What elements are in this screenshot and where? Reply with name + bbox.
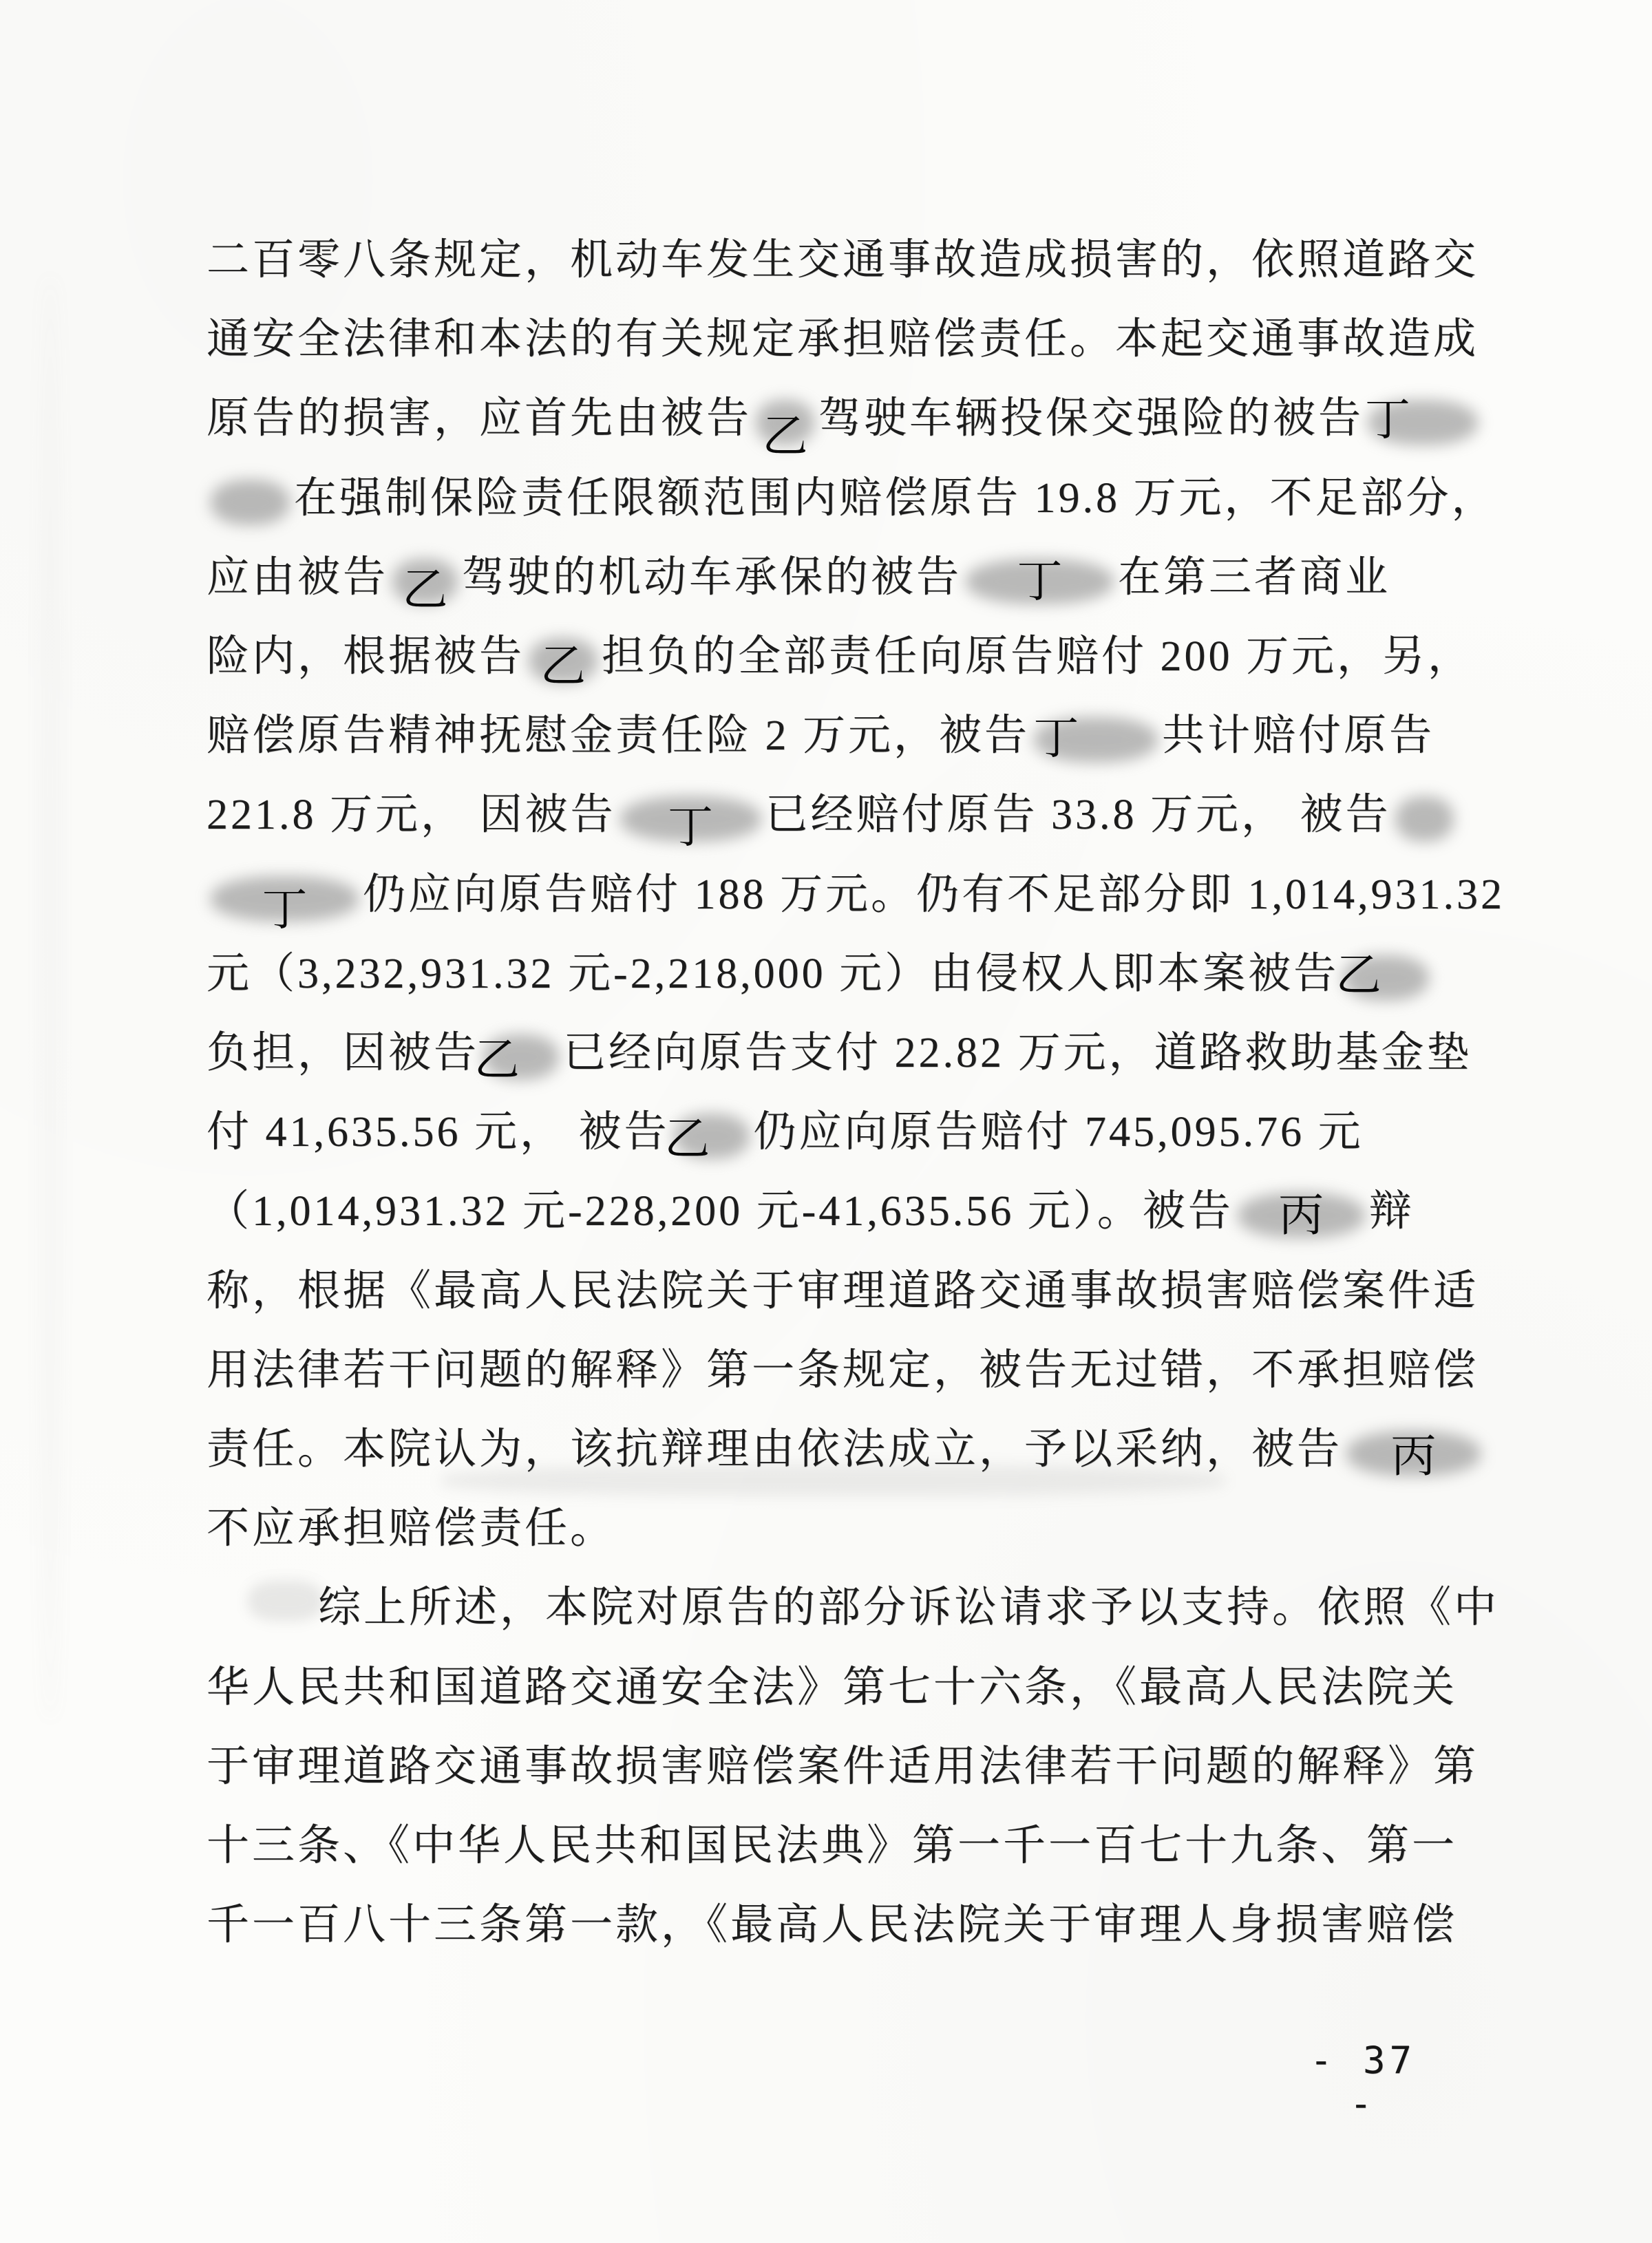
text-run: 元（3,232,931.32 元-2,218,000 元）由侵权人即本案被告 [206, 948, 1339, 999]
document-line: 付 41,635.56 元， 被告乙仍应向原告赔付 745,095.76 元 [206, 1107, 1364, 1160]
anonymized-party-label: 丁 [1017, 559, 1063, 604]
redaction-smudge: 丙 [1346, 1431, 1481, 1476]
text-run: 二百零八条规定，机动车发生交通事故造成损害的，依照道路交 [206, 235, 1479, 286]
text-run: 在第三者商业 [1118, 552, 1390, 603]
redaction-smudge: 丁 [1034, 717, 1158, 763]
text-run: 在强制保险责任限额范围内赔偿原告 19.8 万元，不足部分， [294, 473, 1497, 524]
scanned-judgment-page: 二百零八条规定，机动车发生交通事故造成损害的，依照道路交通安全法律和本法的有关规… [0, 0, 1652, 2243]
scan-smudge [248, 1580, 324, 1622]
redaction-blur [1395, 796, 1454, 842]
document-line: 二百零八条规定，机动车发生交通事故造成损害的，依照道路交 [206, 235, 1479, 288]
document-line: 责任。本院认为，该抗辩理由依法成立，予以采纳，被告丙 [206, 1424, 1485, 1478]
document-line: 221.8 万元， 因被告丁已经赔付原告 33.8 万元， 被告 [206, 789, 1458, 843]
document-line: 用法律若干问题的解释》第一条规定，被告无过错，不承担赔偿 [206, 1345, 1479, 1399]
anonymized-party-label: 乙 [540, 644, 586, 689]
anonymized-party-label: 乙 [474, 1037, 520, 1083]
text-run: （1,014,931.32 元-228,200 元-41,635.56 元）。被… [206, 1186, 1233, 1237]
redaction-smudge [1395, 796, 1454, 842]
text-run: 仍应向原告赔付 188 万元。仍有不足部分即 1,014,931.32 [363, 869, 1505, 920]
text-run: 险内，根据被告 [206, 631, 525, 682]
anonymized-party-label: 乙 [1336, 953, 1381, 998]
anonymized-party-label: 丁 [668, 805, 713, 850]
text-run: 负担，因被告 [206, 1028, 479, 1078]
document-line: 通安全法律和本法的有关规定承担赔偿责任。本起交通事故造成 [206, 314, 1479, 368]
document-line: 称，根据《最高人民法院关于审理道路交通事故损害赔偿案件适 [206, 1266, 1479, 1319]
anonymized-party-label: 乙 [763, 414, 808, 459]
text-run: 十三条、《中华人民共和国民法典》第一千一百七十九条、第一 [206, 1820, 1457, 1871]
scan-smudge [41, 275, 59, 1721]
redaction-smudge: 丙 [1238, 1193, 1365, 1238]
text-run: 综上所述，本院对原告的部分诉讼请求予以支持。依照《中 [318, 1582, 1499, 1633]
text-run: 华人民共和国道路交通安全法》第七十六条，《最高人民法院关 [206, 1662, 1457, 1713]
document-line: （1,014,931.32 元-228,200 元-41,635.56 元）。被… [206, 1186, 1415, 1240]
text-run: 于审理道路交通事故损害赔偿案件适用法律若干问题的解释》第 [206, 1741, 1479, 1792]
text-run: 应由被告 [206, 552, 388, 603]
document-line: 原告的损害，应首先由被告乙驾驶车辆投保交强险的被告丁 [206, 393, 1482, 447]
document-line: 元（3,232,931.32 元-2,218,000 元）由侵权人即本案被告乙 [206, 948, 1433, 1002]
document-line: 于审理道路交通事故损害赔偿案件适用法律若干问题的解释》第 [206, 1741, 1479, 1795]
page-number: - 37 - [1294, 2039, 1432, 2125]
redaction-smudge: 乙 [483, 1034, 559, 1080]
redaction-smudge: 乙 [756, 400, 814, 445]
document-line: 险内，根据被告乙担负的全部责任向原告赔付 200 万元，另， [206, 631, 1473, 685]
text-run: 辩 [1369, 1186, 1415, 1237]
text-run: 221.8 万元， 因被告 [206, 789, 616, 840]
text-run: 千一百八十三条第一款，《最高人民法院关于审理人身损害赔偿 [206, 1900, 1457, 1950]
text-run: 担负的全部责任向原告赔付 200 万元，另， [602, 631, 1473, 682]
redaction-smudge: 丁 [620, 796, 761, 842]
document-line: 在强制保险责任限额范围内赔偿原告 19.8 万元，不足部分， [206, 473, 1497, 527]
document-line: 应由被告乙驾驶的机动车承保的被告丁在第三者商业 [206, 552, 1390, 606]
text-run: 原告的损害，应首先由被告 [206, 393, 752, 444]
anonymized-party-label: 丙 [1278, 1193, 1324, 1238]
document-line: 丁仍应向原告赔付 188 万元。仍有不足部分即 1,014,931.32 [206, 869, 1505, 923]
redaction-smudge: 乙 [529, 638, 597, 683]
anonymized-party-label: 乙 [403, 567, 448, 613]
anonymized-party-label: 丙 [1391, 1434, 1437, 1479]
document-line: 赔偿原告精神抚慰金责任险 2 万元，被告丁共计赔付原告 [206, 710, 1434, 764]
text-run: 付 41,635.56 元， 被告 [206, 1107, 670, 1158]
text-run: 用法律若干问题的解释》第一条规定，被告无过错，不承担赔偿 [206, 1345, 1479, 1396]
redaction-smudge: 乙 [392, 559, 458, 604]
redaction-smudge [211, 480, 290, 525]
document-line: 不应承担赔偿责任。 [206, 1503, 615, 1557]
text-run: 已经赔付原告 33.8 万元， 被告 [765, 789, 1391, 840]
text-run: 称，根据《最高人民法院关于审理道路交通事故损害赔偿案件适 [206, 1266, 1479, 1317]
text-run: 仍应向原告赔付 745,095.76 元 [754, 1107, 1364, 1158]
anonymized-party-label: 丁 [1365, 397, 1410, 443]
document-line: 十三条、《中华人民共和国民法典》第一千一百七十九条、第一 [206, 1820, 1457, 1874]
document-line: 千一百八十三条第一款，《最高人民法院关于审理人身损害赔偿 [206, 1900, 1457, 1953]
text-run: 驾驶车辆投保交强险的被告 [818, 393, 1364, 444]
text-run: 通安全法律和本法的有关规定承担赔偿责任。本起交通事故造成 [206, 314, 1479, 365]
text-run: 不应承担赔偿责任。 [206, 1503, 615, 1554]
text-run: 已经向原告支付 22.82 万元，道路救助基金垫 [563, 1028, 1472, 1078]
redaction-blur [211, 480, 290, 525]
document-line: 负担，因被告乙已经向原告支付 22.82 万元，道路救助基金垫 [206, 1028, 1472, 1081]
redaction-smudge: 乙 [674, 1114, 750, 1159]
anonymized-party-label: 乙 [664, 1116, 710, 1162]
text-run: 共计赔付原告 [1162, 710, 1434, 761]
anonymized-party-label: 丁 [262, 887, 308, 933]
redaction-smudge: 乙 [1343, 955, 1429, 1001]
redaction-smudge: 丁 [211, 876, 359, 922]
anonymized-party-label: 丁 [1033, 716, 1079, 761]
redaction-smudge: 丁 [1368, 400, 1478, 445]
text-run: 赔偿原告精神抚慰金责任险 2 万元，被告 [206, 710, 1030, 761]
redaction-smudge: 丁 [966, 559, 1114, 604]
document-line: 综上所述，本院对原告的部分诉讼请求予以支持。依照《中 [318, 1582, 1499, 1636]
text-run: 责任。本院认为，该抗辩理由依法成立，予以采纳，被告 [206, 1424, 1342, 1475]
document-line: 华人民共和国道路交通安全法》第七十六条，《最高人民法院关 [206, 1662, 1457, 1716]
text-run: 驾驶的机动车承保的被告 [462, 552, 962, 603]
